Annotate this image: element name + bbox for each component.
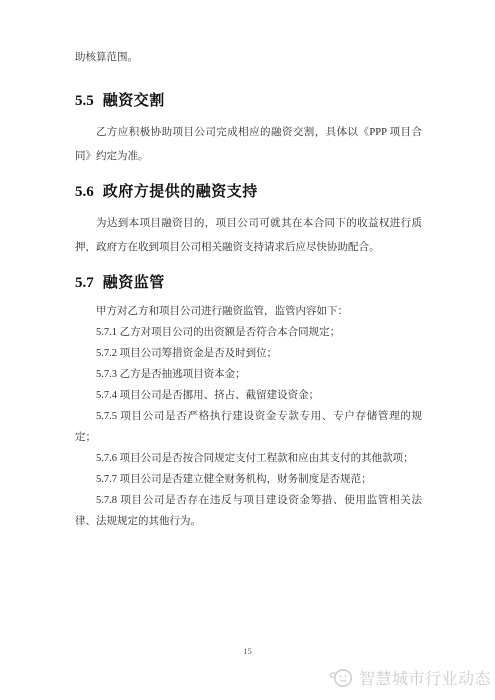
paragraph-continuation: 助核算范围。 xyxy=(75,51,422,65)
section-paragraph: 为达到本项目融资目的，项目公司可就其在本合同下的收益权进行质押，政府方在收到项目… xyxy=(75,212,422,260)
clause-item-5-7-7: 5.7.7 项目公司是否建立健全财务机构，财务制度是否规范； xyxy=(75,469,422,490)
section-heading-5-7: 5.7融资监管 xyxy=(75,273,422,293)
section-heading-5-5: 5.5融资交割 xyxy=(75,91,422,111)
section-title: 融资交割 xyxy=(103,93,165,109)
watermark: 智慧城市行业动态 xyxy=(328,666,491,689)
section-number: 5.6 xyxy=(75,184,94,200)
mascot-logo-icon xyxy=(328,667,354,688)
clause-item-5-7-2: 5.7.2 项目公司筹措资金是否及时到位； xyxy=(75,343,422,364)
section-title: 融资监管 xyxy=(103,275,165,291)
section-number: 5.7 xyxy=(75,275,94,291)
document-page: 助核算范围。 5.5融资交割 乙方应积极协助项目公司完成相应的融资交割，具体以《… xyxy=(0,0,495,700)
clause-item-5-7-3: 5.7.3 乙方是否抽逃项目资本金； xyxy=(75,364,422,385)
clause-item-5-7-5: 5.7.5 项目公司是否严格执行建设资金专款专用、专户存储管理的规定； xyxy=(75,406,422,448)
clause-item-5-7-1: 5.7.1 乙方对项目公司的出资额是否符合本合同规定； xyxy=(75,322,422,343)
section-paragraph: 甲方对乙方和项目公司进行融资监管，监管内容如下： xyxy=(75,301,422,322)
section-heading-5-6: 5.6政府方提供的融资支持 xyxy=(75,182,422,202)
clause-item-5-7-8: 5.7.8 项目公司是否存在违反与项目建设资金筹措、使用监管相关法律、法规规定的… xyxy=(75,490,422,532)
section-number: 5.5 xyxy=(75,93,94,109)
clause-item-5-7-6: 5.7.6 项目公司是否按合同规定支付工程款和应由其支付的其他款项； xyxy=(75,448,422,469)
section-title: 政府方提供的融资支持 xyxy=(103,184,258,200)
section-paragraph: 乙方应积极协助项目公司完成相应的融资交割，具体以《PPP 项目合同》约定为准。 xyxy=(75,121,422,169)
page-number: 15 xyxy=(0,646,495,656)
clause-item-5-7-4: 5.7.4 项目公司是否挪用、挤占、截留建设资金； xyxy=(75,385,422,406)
watermark-text: 智慧城市行业动态 xyxy=(359,666,491,689)
page-content: 助核算范围。 5.5融资交割 乙方应积极协助项目公司完成相应的融资交割，具体以《… xyxy=(75,51,422,532)
